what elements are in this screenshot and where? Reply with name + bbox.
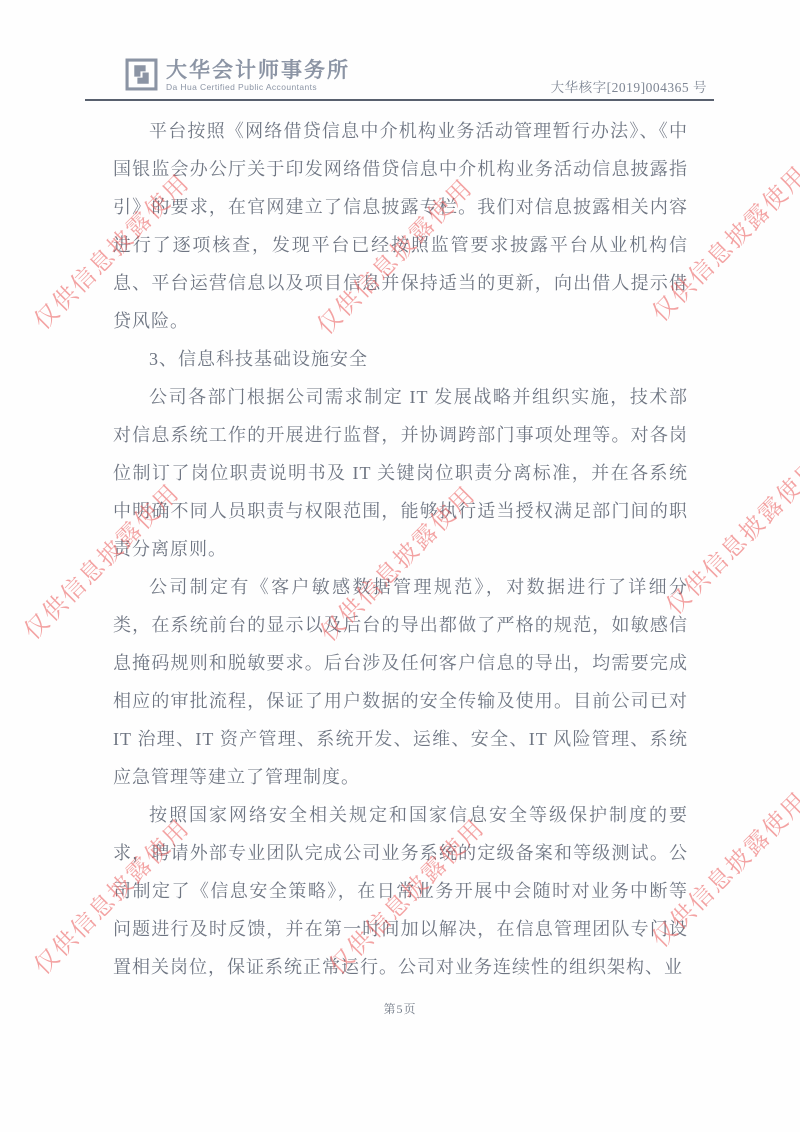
page-number: 第5页 xyxy=(0,1000,800,1017)
document-reference-number: 大华核字[2019]004365 号 xyxy=(551,76,707,96)
page-header: 大华会计师事务所 Da Hua Certified Public Account… xyxy=(85,50,715,98)
firm-logo: 大华会计师事务所 Da Hua Certified Public Account… xyxy=(125,58,350,93)
section-heading-it-infrastructure: 3、信息科技基础设施安全 xyxy=(113,340,688,378)
paragraph-it-strategy: 公司各部门根据公司需求制定 IT 发展战略并组织实施，技术部对信息系统工作的开展… xyxy=(113,378,688,568)
dahua-logo-icon xyxy=(125,58,158,91)
report-body: 平台按照《网络借贷信息中介机构业务活动管理暂行办法》、《中国银监会办公厅关于印发… xyxy=(113,112,688,986)
firm-name-block: 大华会计师事务所 Da Hua Certified Public Account… xyxy=(166,58,350,93)
paragraph-network-security: 按照国家网络安全相关规定和国家信息安全等级保护制度的要求，聘请外部专业团队完成公… xyxy=(113,796,688,986)
paragraph-disclosure-check: 平台按照《网络借贷信息中介机构业务活动管理暂行办法》、《中国银监会办公厅关于印发… xyxy=(113,112,688,340)
header-divider xyxy=(85,99,714,101)
firm-name-chinese: 大华会计师事务所 xyxy=(166,58,350,82)
document-page: 大华会计师事务所 Da Hua Certified Public Account… xyxy=(0,0,800,1132)
paragraph-data-management: 公司制定有《客户敏感数据管理规范》，对数据进行了详细分类，在系统前台的显示以及后… xyxy=(113,568,688,796)
firm-name-english: Da Hua Certified Public Accountants xyxy=(166,82,350,93)
